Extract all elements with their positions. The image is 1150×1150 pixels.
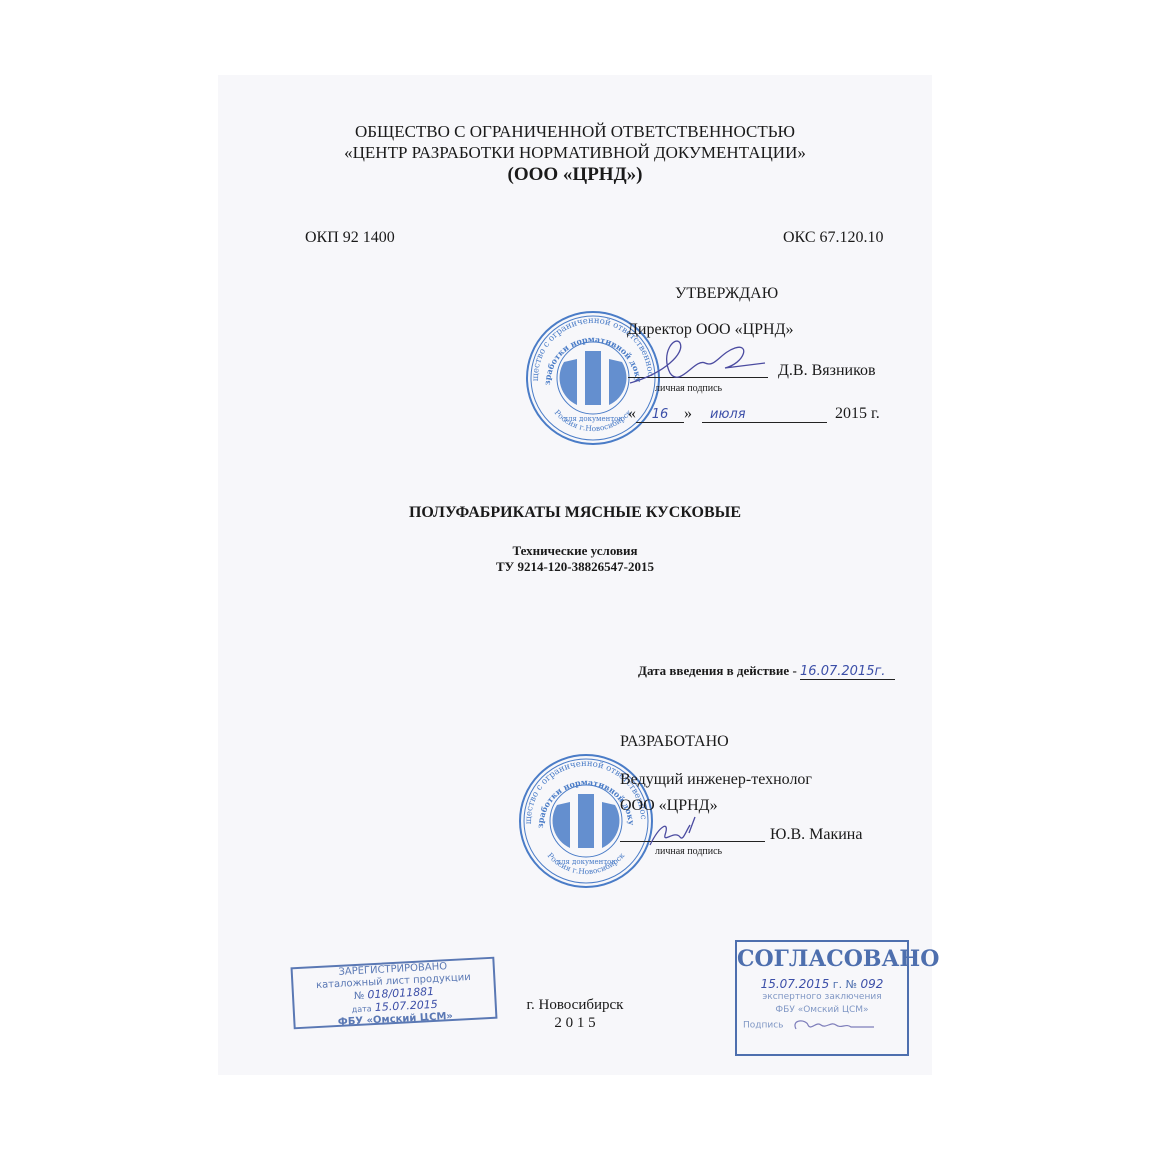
effective-date-label: Дата введения в действие - — [638, 663, 797, 678]
agreed-stamp-title: СОГЛАСОВАНО — [737, 944, 907, 974]
date-day: 16 — [636, 407, 684, 423]
org-name-line2: «ЦЕНТР РАЗРАБОТКИ НОРМАТИВНОЙ ДОКУМЕНТАЦ… — [218, 143, 932, 163]
date-month: июля — [702, 407, 827, 423]
agreed-stamp-line2: ФБУ «Омский ЦСМ» — [737, 1004, 907, 1017]
date-close-quote: » — [684, 405, 692, 422]
developed-signature-caption: личная подпись — [655, 846, 722, 857]
org-name-line1: ОБЩЕСТВО С ОГРАНИЧЕННОЙ ОТВЕТСТВЕННОСТЬЮ — [218, 122, 932, 142]
approval-signature-caption: личная подпись — [655, 383, 722, 394]
org-short-name: (ООО «ЦРНД») — [218, 164, 932, 186]
approval-date: «16» июля 2015 г. — [628, 405, 880, 423]
developed-heading: РАЗРАБОТАНО — [620, 733, 729, 751]
developed-position-line2: ООО «ЦРНД» — [620, 797, 718, 815]
effective-date-value: 16.07.2015г. — [800, 664, 895, 680]
date-open-quote: « — [628, 405, 636, 422]
agreed-stamp-sign: Подпись — [737, 1017, 907, 1033]
agreed-stamp-number: 15.07.2015 г. № 092 — [737, 978, 907, 991]
document-number: ТУ 9214-120-38826547-2015 — [218, 559, 932, 575]
developed-position-line1: Ведущий инженер-технолог — [620, 771, 812, 789]
agreed-signature-icon — [786, 1017, 876, 1033]
agreed-stamp-line1: экспертного заключения — [737, 991, 907, 1004]
developed-signature-icon — [645, 815, 705, 850]
date-year: 2015 г. — [835, 405, 880, 422]
okp-code: ОКП 92 1400 — [305, 229, 395, 247]
document-subtitle: Технические условия — [218, 543, 932, 559]
approval-heading: УТВЕРЖДАЮ — [675, 285, 778, 303]
document-title: ПОЛУФАБРИКАТЫ МЯСНЫЕ КУСКОВЫЕ — [175, 504, 975, 522]
effective-date: Дата введения в действие - 16.07.2015г. — [638, 663, 895, 680]
document-page — [218, 75, 932, 1075]
agreed-stamp: СОГЛАСОВАНО 15.07.2015 г. № 092 экспертн… — [735, 940, 909, 1056]
oks-code: ОКС 67.120.10 — [783, 229, 884, 247]
developed-name: Ю.В. Макина — [770, 826, 862, 844]
approval-name: Д.В. Вязников — [778, 362, 876, 380]
